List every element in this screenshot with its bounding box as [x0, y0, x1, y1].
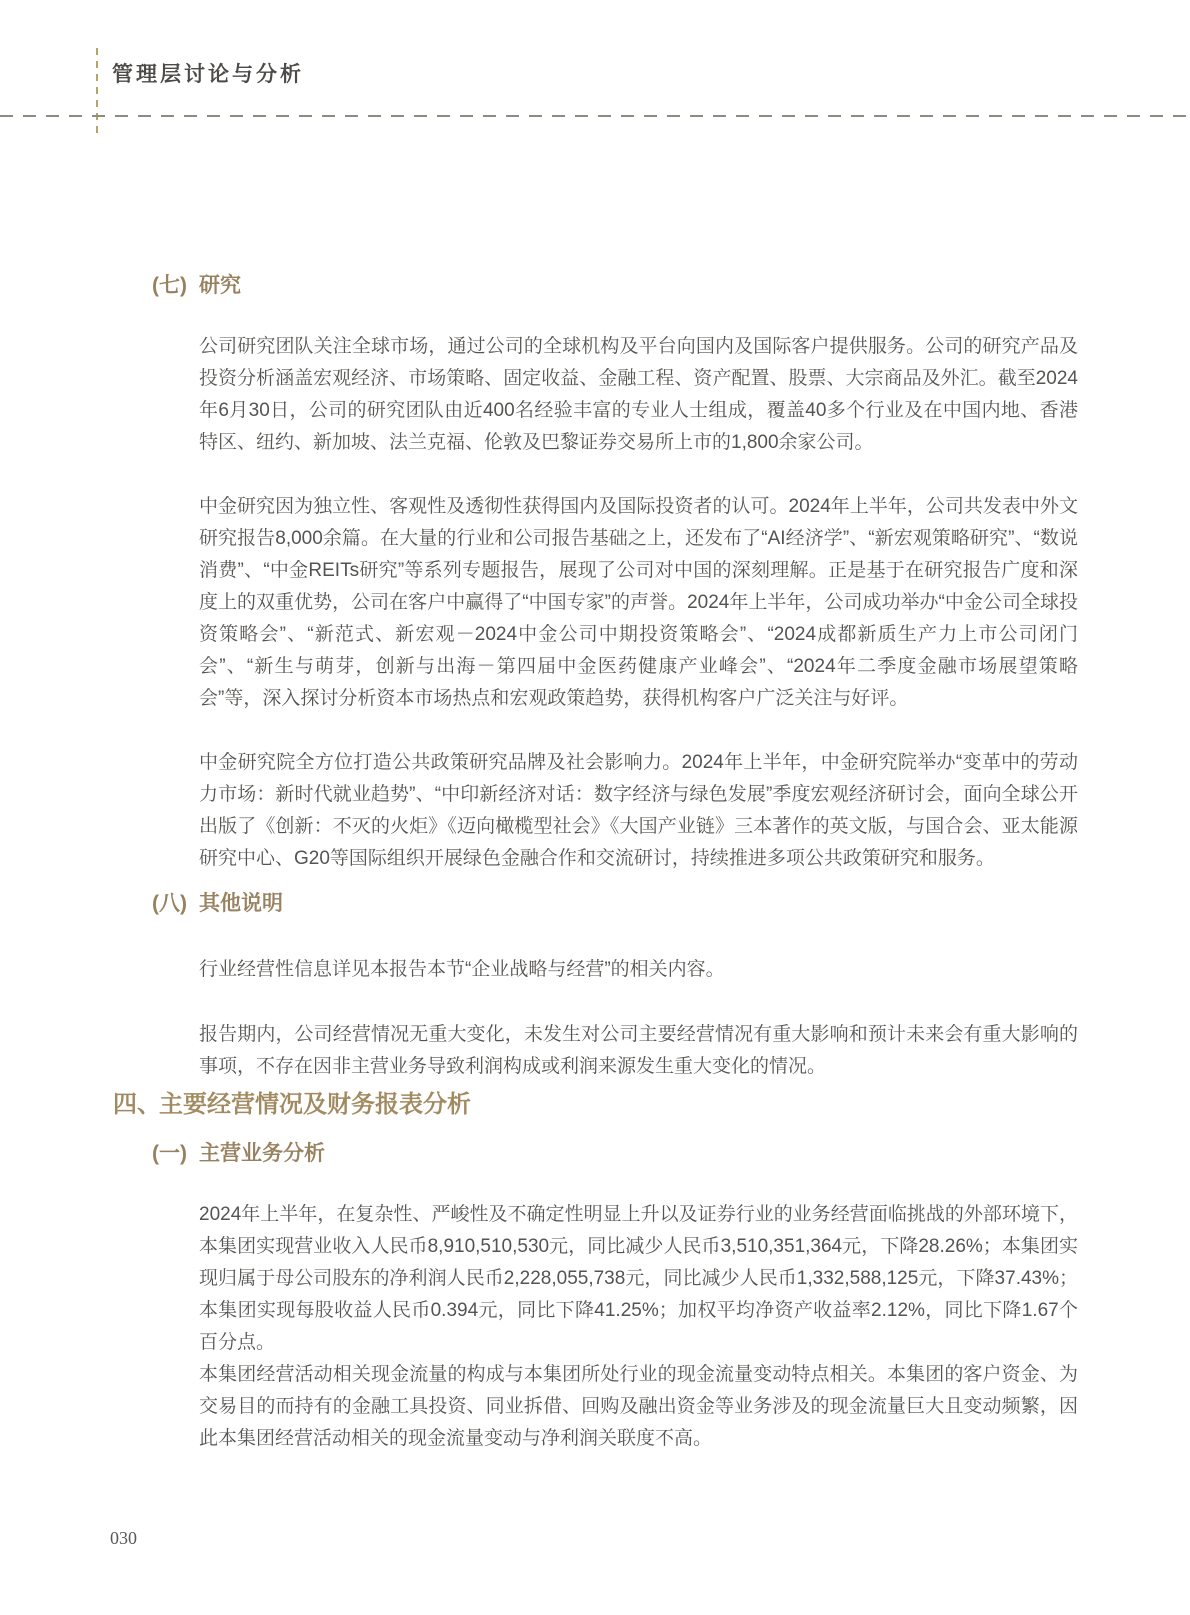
section-1-title: 主营业务分析: [199, 1140, 325, 1168]
section-7-paragraph-1: 公司研究团队关注全球市场，通过公司的全球机构及平台向国内及国际客户提供服务。公司…: [199, 331, 1078, 459]
section-7-heading: (七) 研究: [152, 272, 241, 300]
section-8-title: 其他说明: [199, 890, 283, 918]
section-8-number: (八): [152, 890, 199, 918]
section-1-paragraph-1: 2024年上半年，在复杂性、严峻性及不确定性明显上升以及证券行业的业务经营面临挑…: [199, 1199, 1078, 1359]
running-header-title: 管理层讨论与分析: [112, 58, 304, 88]
section-1-heading: (一) 主营业务分析: [152, 1140, 325, 1168]
chapter-4-number: 四、: [113, 1090, 159, 1120]
section-1-number: (一): [152, 1140, 199, 1168]
header-vertical-dashed-rule: [96, 48, 98, 134]
section-8-paragraph-2: 报告期内，公司经营情况无重大变化，未发生对公司主要经营情况有重大影响和预计未来会…: [199, 1019, 1078, 1083]
page-number: 030: [110, 1528, 137, 1549]
section-8-paragraph-1: 行业经营性信息详见本报告本节“企业战略与经营”的相关内容。: [199, 954, 1078, 986]
chapter-4-heading: 四、 主要经营情况及财务报表分析: [113, 1090, 471, 1120]
section-7-paragraph-2: 中金研究因为独立性、客观性及透彻性获得国内及国际投资者的认可。2024年上半年，…: [199, 491, 1078, 715]
section-1-paragraph-2: 本集团经营活动相关现金流量的构成与本集团所处行业的现金流量变动特点相关。本集团的…: [199, 1359, 1078, 1455]
header-horizontal-dashed-rule: [0, 115, 1190, 117]
chapter-4-title: 主要经营情况及财务报表分析: [159, 1090, 471, 1120]
section-7-number: (七): [152, 272, 199, 300]
section-8-heading: (八) 其他说明: [152, 890, 283, 918]
report-page: 管理层讨论与分析 (七) 研究 公司研究团队关注全球市场，通过公司的全球机构及平…: [0, 0, 1190, 1615]
section-7-paragraph-3: 中金研究院全方位打造公共政策研究品牌及社会影响力。2024年上半年，中金研究院举…: [199, 747, 1078, 875]
section-7-title: 研究: [199, 272, 241, 300]
